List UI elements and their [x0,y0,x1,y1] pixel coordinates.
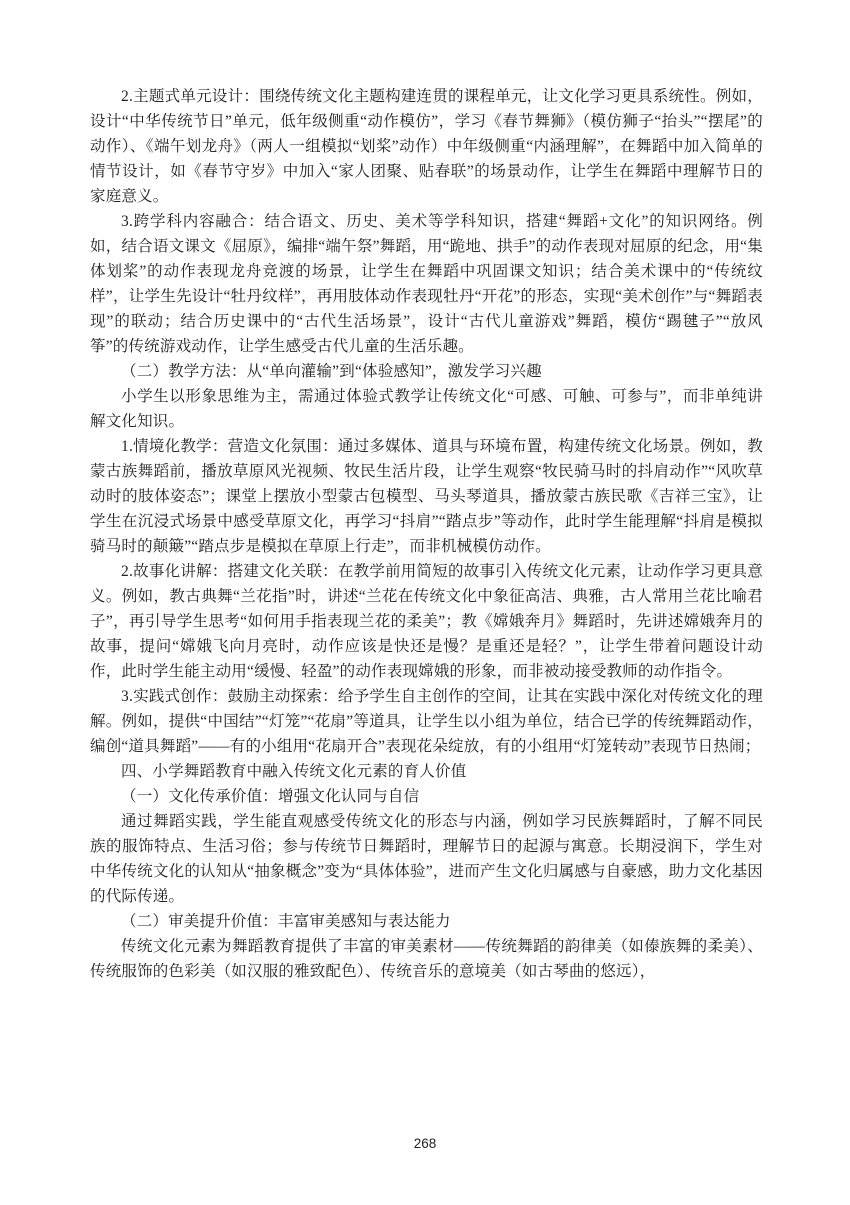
paragraph: 3.跨学科内容融合：结合语文、历史、美术等学科知识，搭建“舞蹈+文化”的知识网络… [90,209,763,359]
section-heading: （一）文化传承价值：增强文化认同与自信 [90,784,763,809]
section-heading: （二）审美提升价值：丰富审美感知与表达能力 [90,909,763,934]
paragraph: 2.主题式单元设计：围绕传统文化主题构建连贯的课程单元，让文化学习更具系统性。例… [90,84,763,209]
paragraph: 小学生以形象思维为主，需通过体验式教学让传统文化“可感、可触、可参与”，而非单纯… [90,384,763,434]
page-number: 268 [414,1136,437,1151]
section-heading: （二）教学方法：从“单向灌输”到“体验感知”，激发学习兴趣 [90,359,763,384]
document-page: 2.主题式单元设计：围绕传统文化主题构建连贯的课程单元，让文化学习更具系统性。例… [0,0,850,1205]
document-body: 2.主题式单元设计：围绕传统文化主题构建连贯的课程单元，让文化学习更具系统性。例… [90,84,763,984]
paragraph: 传统文化元素为舞蹈教育提供了丰富的审美素材——传统舞蹈的韵律美（如傣族舞的柔美）… [90,934,763,984]
paragraph: 通过舞蹈实践，学生能直观感受传统文化的形态与内涵，例如学习民族舞蹈时，了解不同民… [90,809,763,909]
section-heading: 四、小学舞蹈教育中融入传统文化元素的育人价值 [90,759,763,784]
paragraph: 3.实践式创作：鼓励主动探索：给予学生自主创作的空间，让其在实践中深化对传统文化… [90,684,763,759]
paragraph: 1.情境化教学：营造文化氛围：通过多媒体、道具与环境布置，构建传统文化场景。例如… [90,434,763,559]
page-footer: 268 [0,1136,850,1151]
paragraph: 2.故事化讲解：搭建文化关联：在教学前用简短的故事引入传统文化元素，让动作学习更… [90,559,763,684]
